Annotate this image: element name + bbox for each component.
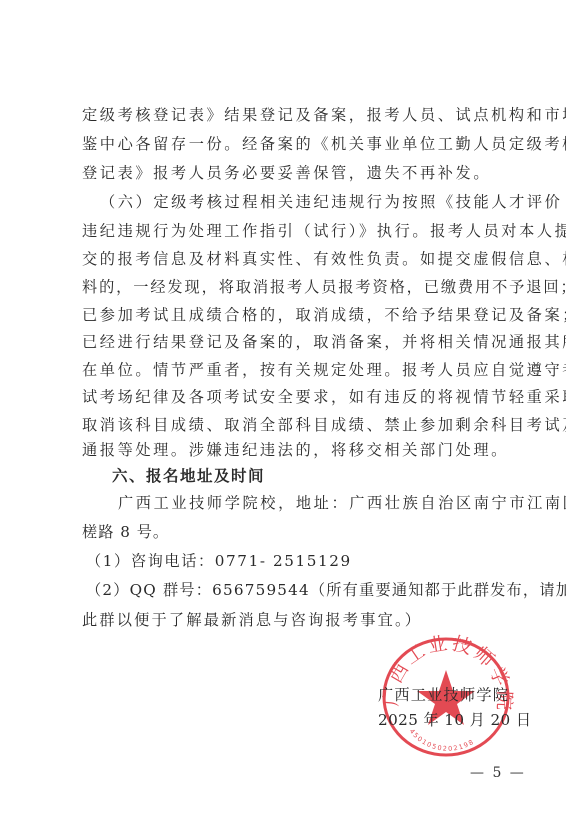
address-line: 槎路 8 号。: [82, 523, 514, 541]
paragraph-line: 违纪违规行为处理工作指引（试行）》执行。报考人员对本人提: [82, 222, 514, 240]
section-heading: 六、报名地址及时间: [112, 467, 544, 485]
paragraph-line: 取消该科目成绩、取消全部科目成绩、禁止参加剩余科目考试及: [82, 416, 514, 434]
paragraph-line: 交的报考信息及材料真实性、有效性负责。如提交虚假信息、材: [82, 250, 514, 268]
phone-line: （1）咨询电话：0771- 2515129: [86, 552, 518, 570]
paragraph-line: 料的，一经发现，将取消报考人员报考资格，已缴费用不予退回；: [82, 278, 514, 296]
qq-line: （2）QQ 群号：656759544（所有重要通知都于此群发布，请加入: [86, 581, 518, 599]
address-line: 广西工业技师学院校，地址：广西壮族自治区南宁市江南区: [118, 494, 550, 512]
paragraph-line: 已经进行结果登记及备案的，取消备案，并将相关情况通报其所: [82, 333, 514, 351]
qq-line-continued: 此群以便于了解最新消息与咨询报考事宜。）: [82, 611, 514, 629]
paragraph-line: （六）定级考核过程相关违纪违规行为按照《技能人才评价: [100, 193, 532, 211]
paragraph-line: 登记表》报考人员务必要妥善保管，遗失不再补发。: [82, 164, 514, 182]
paragraph-line: 定级考核登记表》结果登记及备案，报考人员、试点机构和市培: [82, 106, 514, 124]
signature-date: 2025 年 10 月 20 日: [378, 711, 531, 729]
paragraph-line: 通报等处理。涉嫌违纪违法的，将移交相关部门处理。: [82, 441, 514, 459]
paragraph-line: 试考场纪律及各项考试安全要求，如有违反的将视情节轻重采取: [82, 388, 514, 406]
paragraph-line: 在单位。情节严重者，按有关规定处理。报考人员应自觉遵守考: [82, 361, 514, 379]
page-number: — 5 —: [470, 765, 526, 781]
paragraph-line: 鉴中心各留存一份。经备案的《机关事业单位工勤人员定级考核: [82, 135, 514, 153]
paragraph-line: 已参加考试且成绩合格的，取消成绩，不给予结果登记及备案；: [82, 306, 514, 324]
signature-organization: 广西工业技师学院: [378, 686, 509, 704]
